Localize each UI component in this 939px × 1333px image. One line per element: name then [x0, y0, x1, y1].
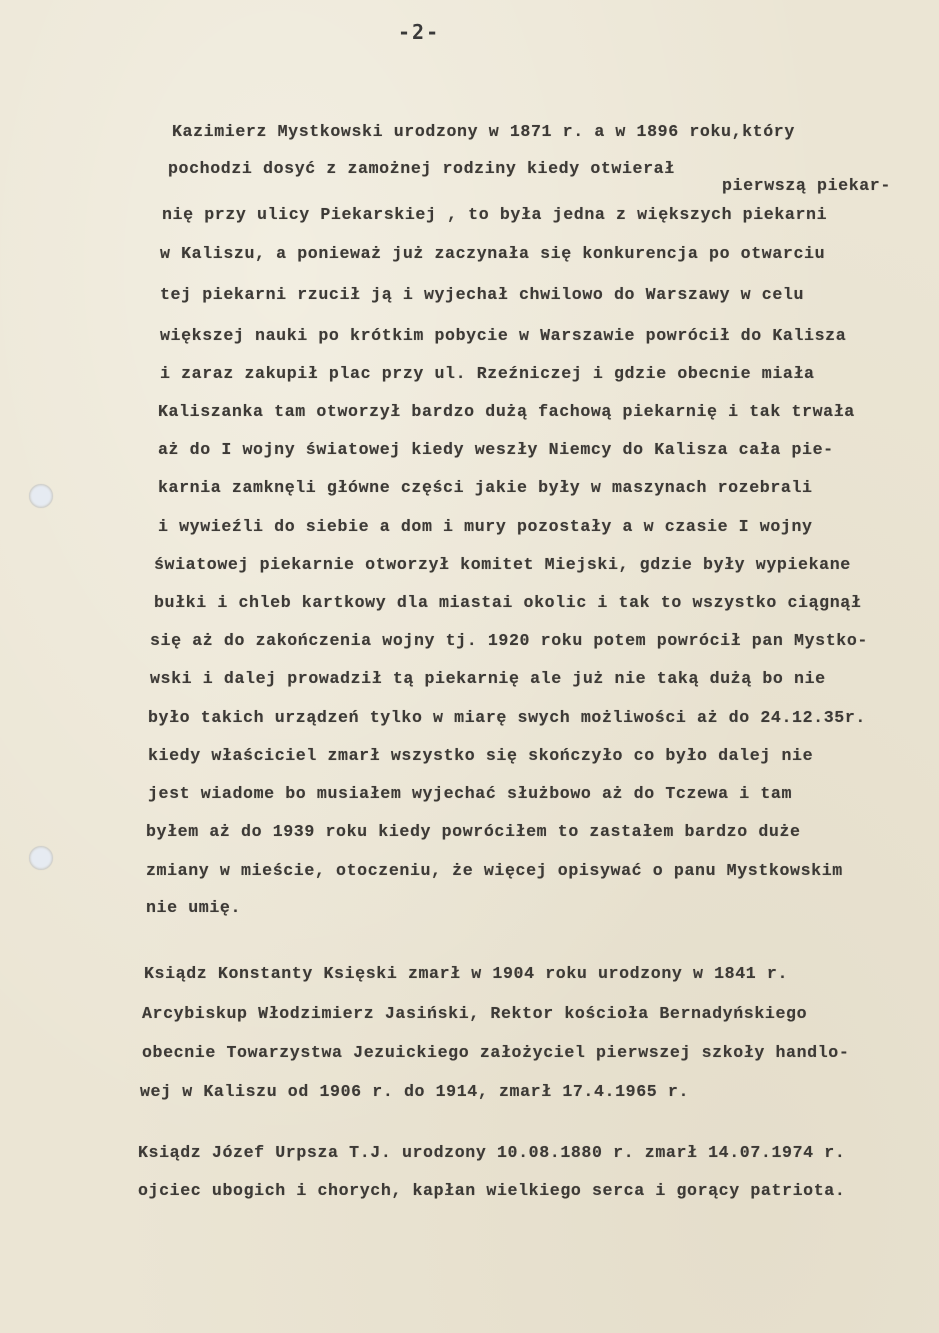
text-line: i zaraz zakupił plac przy ul. Rzeźniczej… — [160, 364, 815, 383]
text-line: ojciec ubogich i chorych, kapłan wielkie… — [138, 1181, 845, 1200]
text-line: wski i dalej prowadził tą piekarnię ale … — [150, 669, 826, 688]
text-line: obecnie Towarzystwa Jezuickiego założyci… — [142, 1043, 849, 1062]
text-line: pierwszą piekar- — [722, 176, 891, 195]
text-line: większej nauki po krótkim pobycie w Wars… — [160, 326, 846, 345]
text-line: jest wiadome bo musiałem wyjechać służbo… — [148, 784, 792, 803]
text-line: nię przy ulicy Piekarskiej , to była jed… — [162, 205, 827, 224]
text-line: kiedy właściciel zmarł wszystko się skoń… — [148, 746, 813, 765]
text-line: karnia zamknęli główne części jakie były… — [158, 478, 813, 497]
punch-hole — [29, 484, 53, 508]
text-line: pochodzi dosyć z zamożnej rodziny kiedy … — [168, 159, 675, 178]
text-line: aż do I wojny światowej kiedy weszły Nie… — [158, 440, 834, 459]
text-line: zmiany w mieście, otoczeniu, że więcej o… — [146, 861, 843, 880]
text-line: Kazimierz Mystkowski urodzony w 1871 r. … — [172, 122, 795, 141]
text-line: tej piekarni rzucił ją i wyjechał chwilo… — [160, 285, 804, 304]
text-line: Ksiądz Konstanty Księski zmarł w 1904 ro… — [144, 964, 788, 983]
punch-hole — [29, 846, 53, 870]
text-line: światowej piekarnie otworzył komitet Mie… — [154, 555, 851, 574]
text-line: Arcybiskup Włodzimierz Jasiński, Rektor … — [142, 1004, 807, 1023]
text-line: było takich urządzeń tylko w miarę swych… — [148, 708, 866, 727]
text-line: nie umię. — [146, 898, 241, 917]
page-number: -2- — [398, 20, 440, 44]
text-line: Kaliszanka tam otworzył bardzo dużą fach… — [158, 402, 855, 421]
text-line: i wywieźli do siebie a dom i mury pozost… — [158, 517, 813, 536]
text-line: wej w Kaliszu od 1906 r. do 1914, zmarł … — [140, 1082, 689, 1101]
text-line: się aż do zakończenia wojny tj. 1920 rok… — [150, 631, 868, 650]
text-line: byłem aż do 1939 roku kiedy powróciłem t… — [146, 822, 801, 841]
text-line: Ksiądz Józef Urpsza T.J. urodzony 10.08.… — [138, 1143, 845, 1162]
text-line: bułki i chleb kartkowy dla miastai okoli… — [154, 593, 861, 612]
typewritten-page: -2- Kazimierz Mystkowski urodzony w 1871… — [0, 0, 939, 1333]
text-line: w Kaliszu, a ponieważ już zaczynała się … — [160, 244, 825, 263]
